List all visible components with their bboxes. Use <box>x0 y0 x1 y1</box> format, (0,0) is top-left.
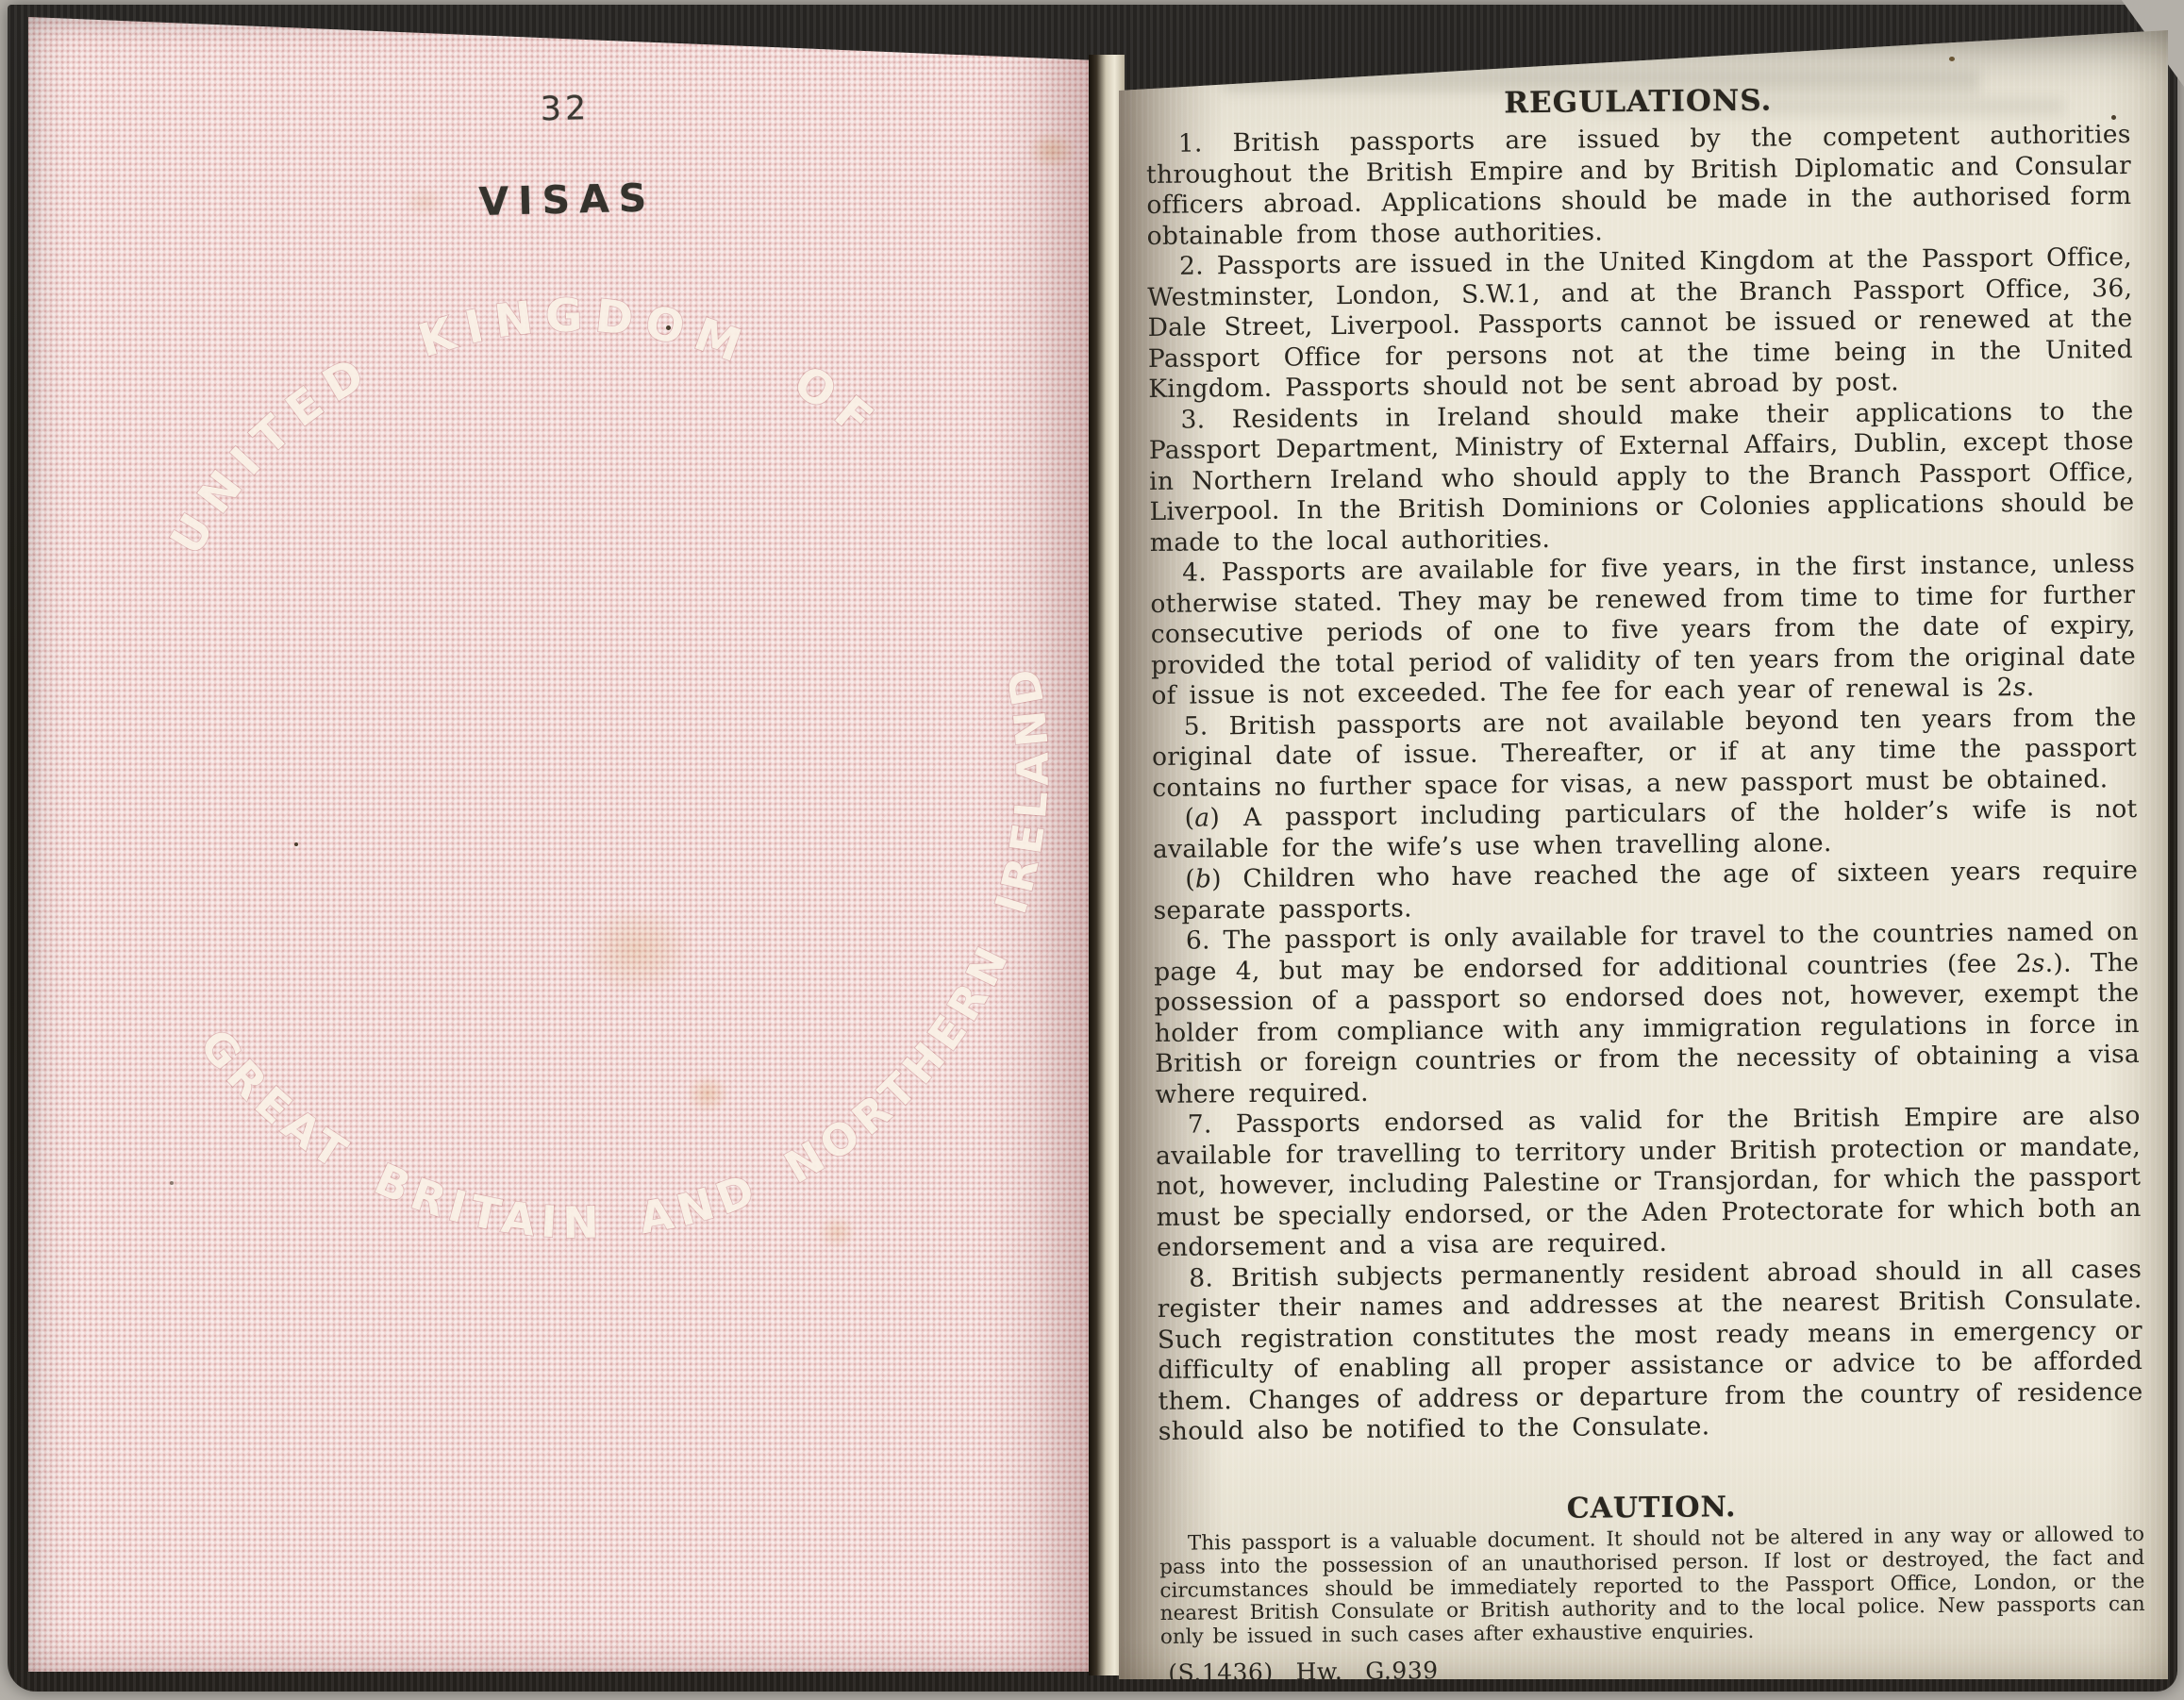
regulation-paragraph: 1. British passports are issued by the c… <box>1146 120 2132 252</box>
watermark-ring: UNITED KINGDOM OF GREAT BRITAIN AND NORT… <box>8 0 1118 1685</box>
passport-scan: UNITED KINGDOM OF GREAT BRITAIN AND NORT… <box>0 0 2184 1700</box>
caution-title: CAUTION. <box>1159 1487 2144 1529</box>
regulation-paragraph: 3. Residents in Ireland should make thei… <box>1148 395 2135 558</box>
regulation-paragraph: 2. Passports are issued in the United Ki… <box>1147 242 2134 406</box>
watermark-bottom-text: GREAT BRITAIN AND NORTHERN IRELAND <box>181 658 1071 1258</box>
regulations-page: REGULATIONS. 1. British passports are is… <box>1119 28 2168 1679</box>
regulation-paragraph: 8. British subjects permanently resident… <box>1157 1254 2143 1447</box>
visas-page: UNITED KINGDOM OF GREAT BRITAIN AND NORT… <box>28 11 1097 1672</box>
regulations-body: 1. British passports are issued by the c… <box>1146 120 2144 1494</box>
regulation-paragraph: 7. Passports endorsed as valid for the B… <box>1156 1101 2142 1264</box>
caution-text: This passport is a valuable document. It… <box>1159 1524 2145 1650</box>
regulations-page-content: REGULATIONS. 1. British passports are is… <box>1111 24 2176 1685</box>
regulation-paragraph: (b) Children who have reached the age of… <box>1153 856 2139 926</box>
regulation-paragraph: 6. The passport is only available for tr… <box>1154 917 2141 1110</box>
page-number: 32 <box>471 88 660 130</box>
regulation-paragraph: 4. Passports are available for five year… <box>1150 549 2137 712</box>
visas-page-content: UNITED KINGDOM OF GREAT BRITAIN AND NORT… <box>8 0 1118 1685</box>
regulation-paragraph: 5. British passports are not available b… <box>1152 702 2138 804</box>
watermark-top-text: UNITED KINGDOM OF <box>155 281 894 564</box>
regulations-title: REGULATIONS. <box>1145 80 2130 124</box>
visas-page-title: VISAS <box>425 174 709 225</box>
regulation-paragraph: (a) A passport including particulars of … <box>1152 794 2138 865</box>
